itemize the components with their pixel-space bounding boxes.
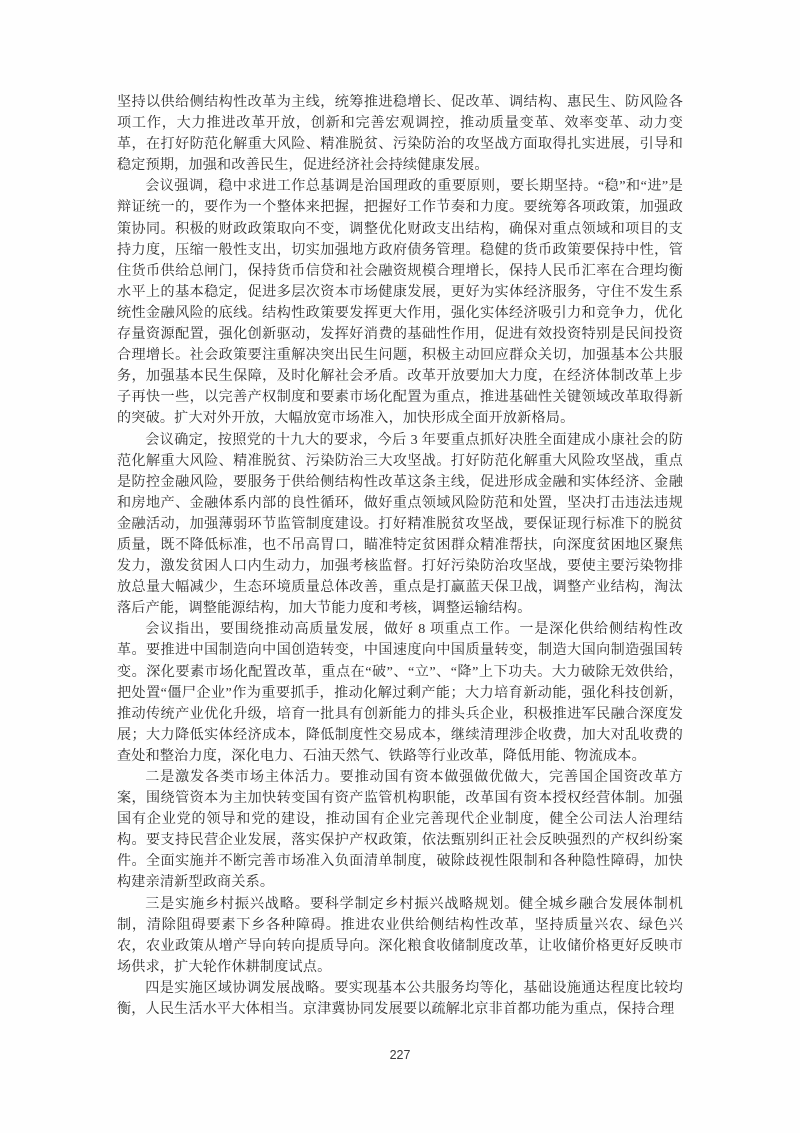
paragraph: 三是实施乡村振兴战略。要科学制定乡村振兴战略规划。健全城乡融合发展体制机制，清除… <box>117 894 683 978</box>
paragraph: 会议确定，按照党的十九大的要求，今后 3 年要重点抓好决胜全面建成小康社会的防范… <box>117 430 683 620</box>
document-page: 坚持以供给侧结构性改革为主线，统筹推进稳增长、促改革、调结构、惠民生、防风险各项… <box>0 0 800 1133</box>
page-number: 227 <box>0 1048 800 1062</box>
paragraph: 会议强调，稳中求进工作总基调是治国理政的重要原则，要长期坚持。“稳”和“进”是辩… <box>117 176 683 429</box>
paragraph: 坚持以供给侧结构性改革为主线，统筹推进稳增长、促改革、调结构、惠民生、防风险各项… <box>117 92 683 176</box>
paragraph: 二是激发各类市场主体活力。要推动国有资本做强做优做大，完善国企国资改革方案，围绕… <box>117 767 683 894</box>
paragraph: 会议指出，要围绕推动高质量发展，做好 8 项重点工作。一是深化供给侧结构性改革。… <box>117 619 683 767</box>
document-body: 坚持以供给侧结构性改革为主线，统筹推进稳增长、促改革、调结构、惠民生、防风险各项… <box>117 92 683 1020</box>
paragraph: 四是实施区域协调发展战略。要实现基本公共服务均等化，基础设施通达程度比较均衡，人… <box>117 978 683 1020</box>
